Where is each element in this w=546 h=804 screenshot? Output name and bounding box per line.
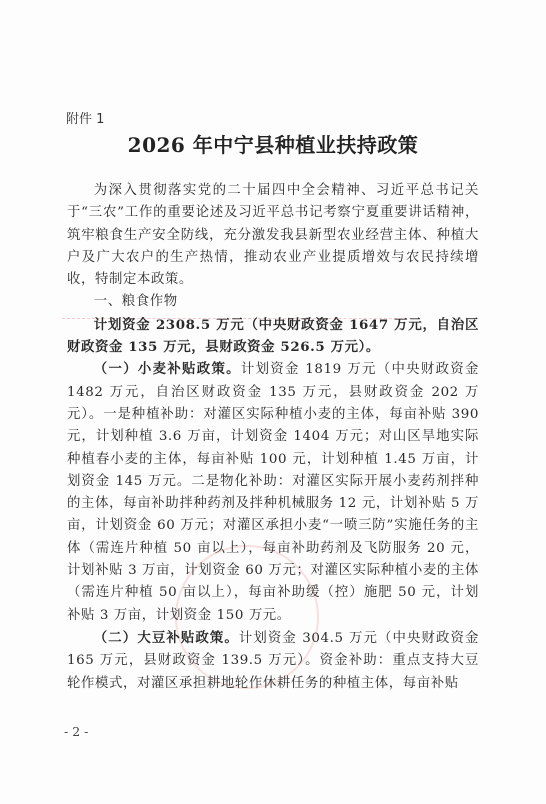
- intro-paragraph: 为深入贯彻落实党的二十届四中全会精神、习近平总书记关于“三农”工作的重要论述及习…: [67, 180, 479, 291]
- page-number: - 2 -: [64, 724, 88, 739]
- section-heading: 一、粮食作物: [67, 291, 479, 313]
- wheat-heading: （一）小麦补贴政策。: [94, 361, 241, 377]
- document-page: 附件 1 2026 年中宁县种植业扶持政策 为深入贯彻落实党的二十届四中全会精神…: [0, 0, 546, 804]
- wheat-text: 计划资金 1819 万元（中央财政资金 1482 万元，自治区财政资金 135 …: [67, 362, 479, 622]
- soybean-heading: （二）大豆补贴政策。: [94, 630, 239, 646]
- page-title: 2026 年中宁县种植业扶持政策: [0, 129, 546, 158]
- document-body: 为深入贯彻落实党的二十届四中全会精神、习近平总书记关于“三农”工作的重要论述及习…: [67, 180, 479, 695]
- attachment-label: 附件 1: [66, 108, 104, 127]
- soybean-paragraph: （二）大豆补贴政策。计划资金 304.5 万元（中央财政资金 165 万元，县财…: [67, 627, 479, 695]
- section-summary: 计划资金 2308.5 万元（中央财政资金 1647 万元，自治区财政资金 13…: [67, 314, 479, 359]
- wheat-paragraph: （一）小麦补贴政策。计划资金 1819 万元（中央财政资金 1482 万元，自治…: [67, 358, 479, 627]
